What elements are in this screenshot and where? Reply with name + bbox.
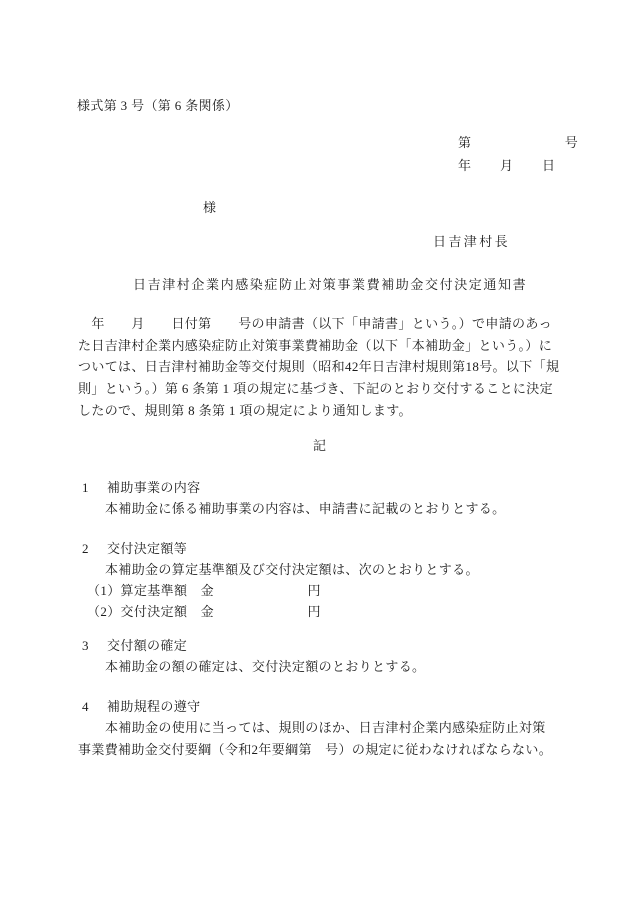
document-title: 日吉津村企業内感染症防止対策事業費補助金交付決定通知書 — [133, 278, 527, 291]
body-paragraph-line: た日吉津村企業内感染症防止対策事業費補助金（以下「本補助金」という。）に — [78, 335, 578, 357]
section-1-body-line: 本補助金に係る補助事業の内容は、申請書に記載のとおりとする。 — [105, 502, 506, 515]
sender-name: 日吉津村長 — [433, 235, 510, 248]
section-3-title: 交付額の確定 — [107, 638, 187, 653]
section-2-number: 2 — [82, 542, 107, 555]
section-4-number: 4 — [82, 700, 107, 713]
section-2-heading: 2交付決定額等 — [82, 542, 187, 555]
body-paragraph-line: したので、規則第 8 条第 1 項の規定により通知します。 — [78, 400, 578, 422]
section-4-body-line: 事業費補助金交付要綱（令和2年要綱第 号）の規定に従わなければならない。 — [78, 743, 552, 756]
body-paragraph-line: 年 月 日付第 号の申請書（以下「申請書」という。）で申請のあっ — [78, 313, 578, 335]
section-2-subitem-2: （2）交付決定額 金 円 — [87, 605, 321, 618]
addressee-suffix: 様 — [203, 201, 216, 214]
date-line: 年 月 日 — [458, 159, 556, 172]
ki-marker: 記 — [313, 439, 326, 452]
section-3-body-line: 本補助金の額の確定は、交付決定額のとおりとする。 — [105, 660, 425, 673]
section-2-body-line: 本補助金の算定基準額及び交付決定額は、次のとおりとする。 — [105, 563, 479, 576]
body-paragraph-line: ついては、日吉津村補助金等交付規則（昭和42年日吉津村規則第18号。以下「規 — [78, 356, 578, 378]
section-1-number: 1 — [82, 481, 107, 494]
section-3-number: 3 — [82, 639, 107, 652]
form-number-label: 様式第 3 号（第 6 条関係） — [77, 99, 239, 112]
section-3-heading: 3交付額の確定 — [82, 639, 187, 652]
section-2-subitem-1: （1）算定基準額 金 円 — [87, 584, 321, 597]
section-2-title: 交付決定額等 — [107, 541, 187, 556]
section-4-body-line: 本補助金の使用に当っては、規則のほか、日吉津村企業内感染症防止対策 — [105, 721, 546, 734]
section-1-heading: 1補助事業の内容 — [82, 481, 200, 494]
document-number-line: 第 号 — [458, 136, 578, 149]
body-paragraph: 年 月 日付第 号の申請書（以下「申請書」という。）で申請のあっ た日吉津村企業… — [78, 313, 578, 422]
section-1-title: 補助事業の内容 — [107, 480, 200, 495]
section-4-heading: 4補助規程の遵守 — [82, 700, 200, 713]
document-page: 様式第 3 号（第 6 条関係） 第 号 年 月 日 様 日吉津村長 日吉津村企… — [0, 0, 630, 903]
body-paragraph-line: 則」という。）第 6 条第 1 項の規定に基づき、下記のとおり交付することに決定 — [78, 378, 578, 400]
section-4-title: 補助規程の遵守 — [107, 699, 200, 714]
